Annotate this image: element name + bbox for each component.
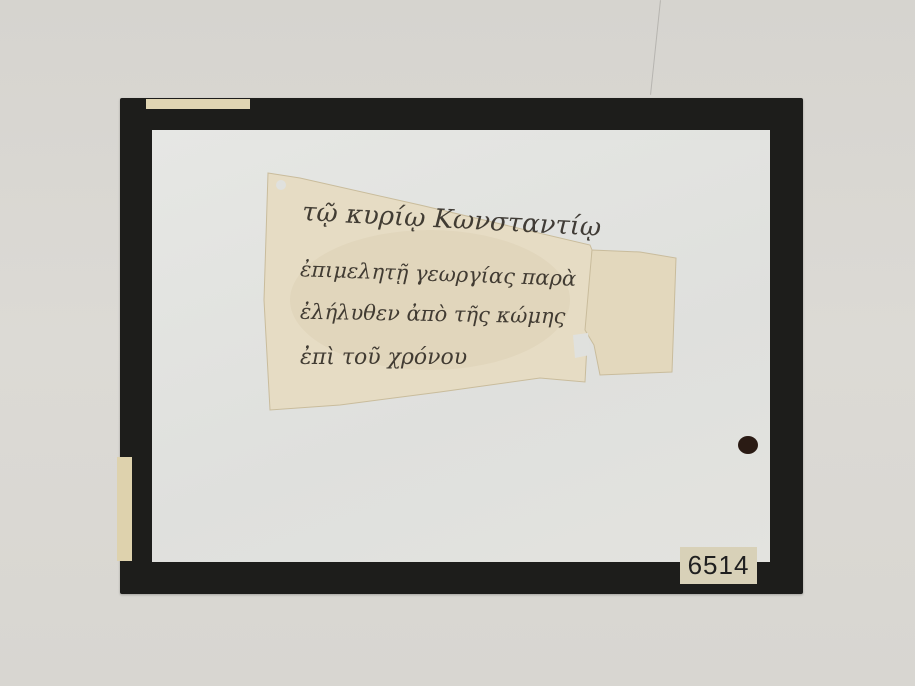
manuscript-line: ἐπὶ τοῦ χρόνου xyxy=(300,345,467,370)
tape-strip-top xyxy=(146,99,250,109)
residue-spot xyxy=(738,436,758,454)
specimen-number-label: 6514 xyxy=(680,547,757,584)
tape-strip-left xyxy=(117,457,132,561)
manuscript-line: ἐλήλυθεν ἀπὸ τῆς κώμης xyxy=(300,300,566,329)
